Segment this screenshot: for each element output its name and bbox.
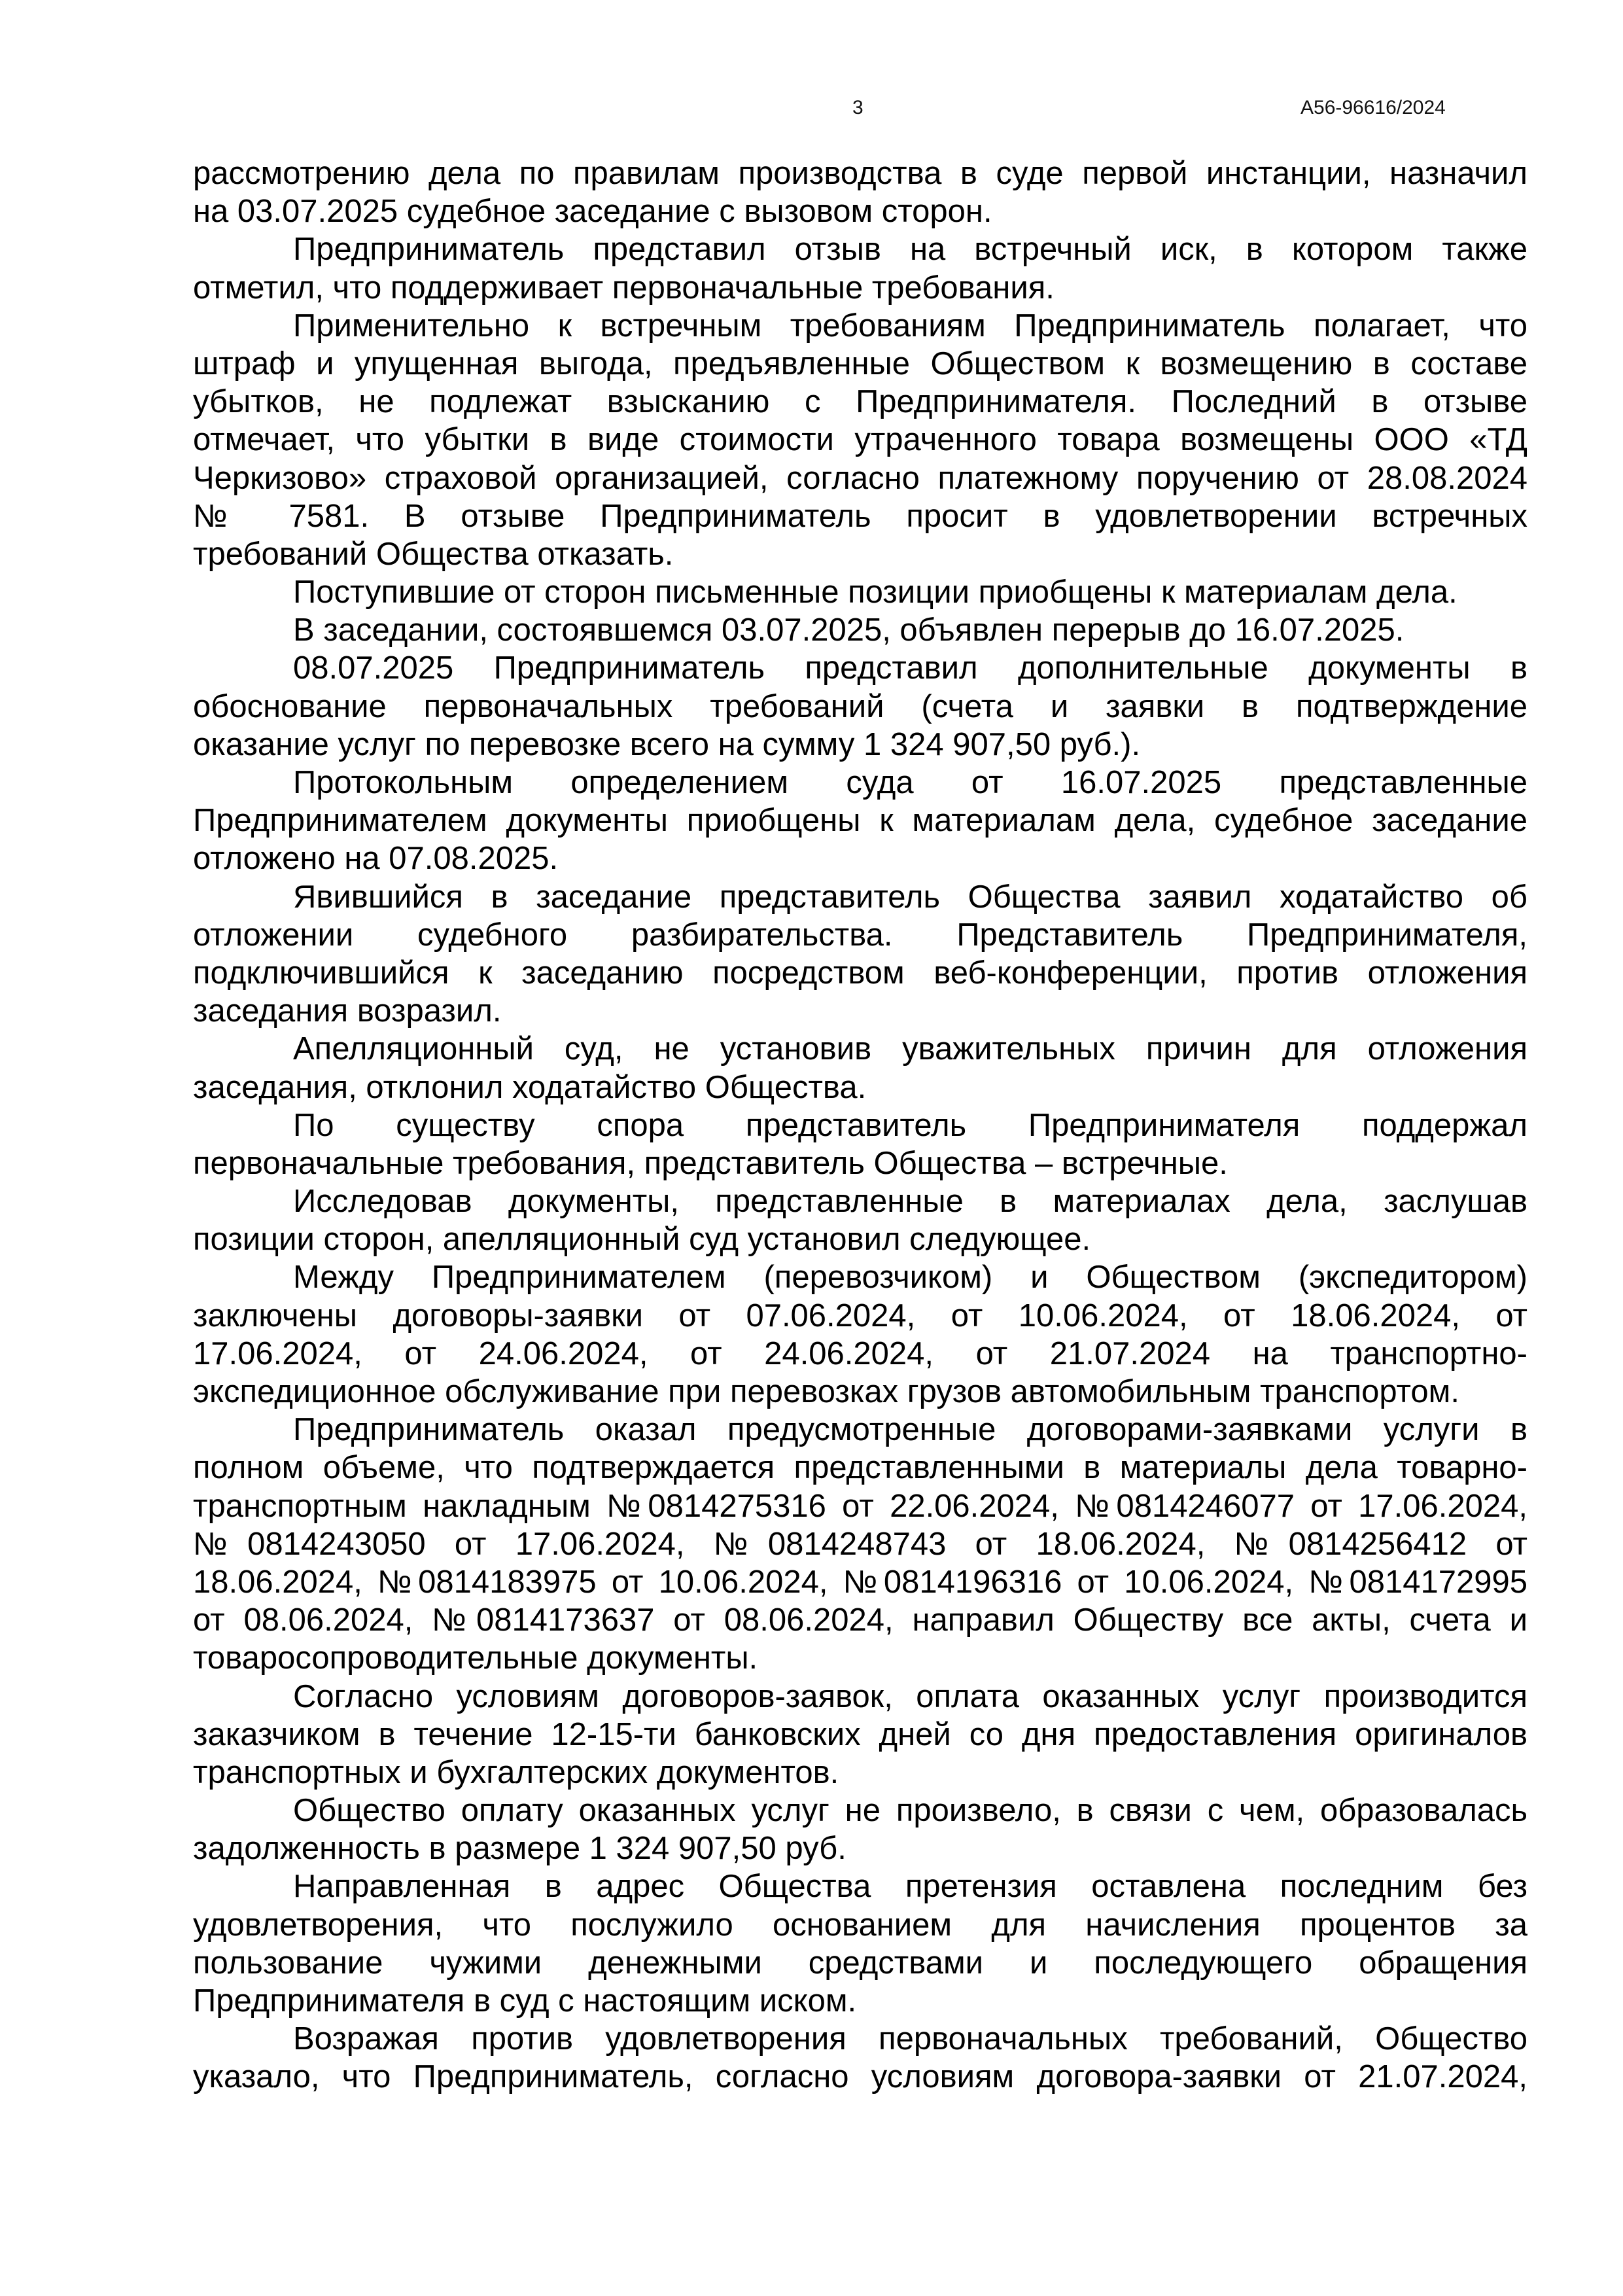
text-line: позиции сторон, апелляционный суд устано… xyxy=(193,1220,1527,1258)
document-page: 3 А56-96616/2024 рассмотрению дела по пр… xyxy=(0,0,1623,2296)
text-line: 17.06.2024, от 24.06.2024, от 24.06.2024… xyxy=(193,1335,1527,1373)
text-line: товаросопроводительные документы. xyxy=(193,1639,1527,1677)
text-line: Явившийся в заседание представитель Обще… xyxy=(193,878,1527,916)
text-line: заключены договоры-заявки от 07.06.2024,… xyxy=(193,1297,1527,1335)
page-number: 3 xyxy=(852,97,864,119)
text-line: Применительно к встречным требованиям Пр… xyxy=(193,307,1527,345)
text-line: Предпринимателя в суд с настоящим иском. xyxy=(193,1982,1527,2020)
text-line: отмечает, что убытки в виде стоимости ут… xyxy=(193,421,1527,459)
text-line: обоснование первоначальных требований (с… xyxy=(193,688,1527,726)
text-line: Возражая против удовлетворения первонача… xyxy=(193,2020,1527,2058)
text-line: первоначальные требования, представитель… xyxy=(193,1144,1527,1182)
text-line: заседания, отклонил ходатайство Общества… xyxy=(193,1069,1527,1106)
text-line: Предпринимателем документы приобщены к м… xyxy=(193,802,1527,839)
text-line: По существу спора представитель Предприн… xyxy=(193,1106,1527,1144)
text-line: В заседании, состоявшемся 03.07.2025, об… xyxy=(193,611,1527,649)
text-line: Предприниматель оказал предусмотренные д… xyxy=(193,1411,1527,1449)
text-line: Исследовав документы, представленные в м… xyxy=(193,1182,1527,1220)
text-line: Апелляционный суд, не установив уважител… xyxy=(193,1030,1527,1068)
text-line: заказчиком в течение 12-15-ти банковских… xyxy=(193,1716,1527,1754)
text-line: 08.07.2025 Предприниматель представил до… xyxy=(193,649,1527,687)
text-line: рассмотрению дела по правилам производст… xyxy=(193,154,1527,192)
text-line: транспортных и бухгалтерских документов. xyxy=(193,1754,1527,1792)
text-line: Протокольным определением суда от 16.07.… xyxy=(193,764,1527,802)
text-line: задолженность в размере 1 324 907,50 руб… xyxy=(193,1829,1527,1867)
text-line: от 08.06.2024, №0814173637 от 08.06.2024… xyxy=(193,1601,1527,1639)
text-line: транспортным накладным №0814275316 от 22… xyxy=(193,1487,1527,1525)
text-line: отложении судебного разбирательства. Пре… xyxy=(193,916,1527,954)
text-line: отложено на 07.08.2025. xyxy=(193,839,1527,877)
text-line: указало, что Предприниматель, согласно у… xyxy=(193,2058,1527,2096)
text-line: Черкизово» страховой организацией, согла… xyxy=(193,459,1527,497)
text-line: подключившийся к заседанию посредством в… xyxy=(193,954,1527,992)
text-line: 18.06.2024, №0814183975 от 10.06.2024, №… xyxy=(193,1563,1527,1601)
text-line: Поступившие от сторон письменные позиции… xyxy=(193,573,1527,611)
text-line: заседания возразил. xyxy=(193,992,1527,1030)
text-line: требований Общества отказать. xyxy=(193,535,1527,573)
text-line: пользование чужими денежными средствами … xyxy=(193,1944,1527,1982)
text-line: оказание услуг по перевозке всего на сум… xyxy=(193,726,1527,764)
text-line: удовлетворения, что послужило основанием… xyxy=(193,1906,1527,1944)
text-line: убытков, не подлежат взысканию с Предпри… xyxy=(193,383,1527,421)
text-line: Между Предпринимателем (перевозчиком) и … xyxy=(193,1258,1527,1296)
text-line: на 03.07.2025 судебное заседание с вызов… xyxy=(193,192,1527,230)
case-number: А56-96616/2024 xyxy=(1300,97,1446,119)
text-line: экспедиционное обслуживание при перевозк… xyxy=(193,1373,1527,1411)
text-line: №0814243050 от 17.06.2024, №0814248743 о… xyxy=(193,1525,1527,1563)
text-line: отметил, что поддерживает первоначальные… xyxy=(193,269,1527,307)
text-line: полном объеме, что подтверждается предст… xyxy=(193,1449,1527,1487)
text-line: Общество оплату оказанных услуг не произ… xyxy=(193,1792,1527,1829)
document-body: рассмотрению дела по правилам производст… xyxy=(193,154,1527,2096)
text-line: Согласно условиям договоров-заявок, опла… xyxy=(193,1678,1527,1716)
text-line: штраф и упущенная выгода, предъявленные … xyxy=(193,345,1527,383)
text-line: Предприниматель представил отзыв на встр… xyxy=(193,230,1527,268)
text-line: Направленная в адрес Общества претензия … xyxy=(193,1867,1527,1905)
text-line: № 7581. В отзыве Предприниматель просит … xyxy=(193,497,1527,535)
